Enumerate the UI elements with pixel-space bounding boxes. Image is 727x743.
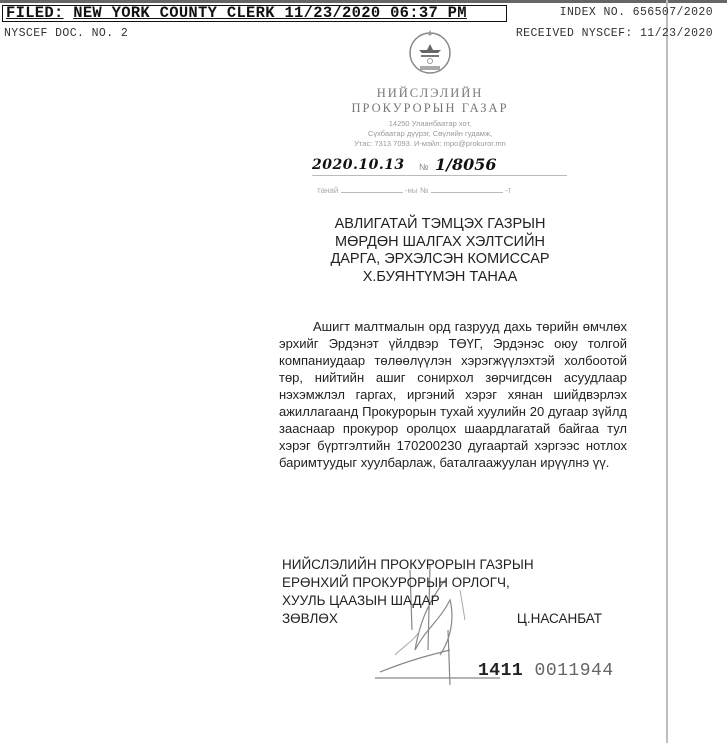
blank-field	[341, 185, 403, 193]
letter-number: 1/8056	[435, 155, 497, 174]
reference-line: 2020.10.13 № 1/8056	[312, 157, 582, 179]
filed-banner: FILED: NEW YORK COUNTY CLERK 11/23/2020 …	[2, 5, 507, 22]
scan-fold-line	[666, 0, 668, 743]
serial-stamp: 1411 0011944	[478, 661, 614, 681]
reference-underline	[312, 175, 567, 176]
letter-date: 2020.10.13	[312, 157, 405, 173]
addressee-line: АВЛИГАТАЙ ТЭМЦЭХ ГАЗРЫН	[295, 216, 585, 234]
filed-text: NEW YORK COUNTY CLERK 11/23/2020 06:37 P…	[73, 4, 467, 22]
page-top-edge	[0, 0, 727, 3]
blank-field	[431, 185, 503, 193]
signer-row: ЗӨВЛӨХ Ц.НАСАНБАТ	[282, 610, 602, 628]
org-name-line: ПРОКУРОРЫН ГАЗАР	[330, 101, 530, 116]
reply-prefix: танай	[317, 186, 338, 195]
signer-title-line: ЗӨВЛӨХ	[282, 610, 338, 628]
signer-title-line: ЕРӨНХИЙ ПРОКУРОРЫН ОРЛОГЧ,	[282, 574, 612, 592]
letter-body: Ашигт малтмалын орд газрууд дахь төрийн …	[279, 318, 627, 471]
address-line: Утас: 7313 7093. И-мэйл: mpo@prokuror.mn	[340, 139, 520, 149]
serial-bold: 1411	[478, 661, 523, 681]
address-line: 14250 Улаанбаатар хот,	[340, 119, 520, 129]
state-emblem-icon	[406, 28, 454, 76]
signer-title-line: НИЙСЛЭЛИЙН ПРОКУРОРЫН ГАЗРЫН	[282, 556, 612, 574]
signature-block: НИЙСЛЭЛИЙН ПРОКУРОРЫН ГАЗРЫН ЕРӨНХИЙ ПРО…	[282, 556, 612, 628]
serial-rest: 0011944	[535, 661, 614, 681]
addressee-line: Х.БУЯНТҮМЭН ТАНАА	[295, 269, 585, 287]
reply-suffix: -т	[505, 186, 511, 195]
addressee-line: ДАРГА, ЭРХЭЛСЭН КОМИССАР	[295, 251, 585, 269]
filed-prefix: FILED:	[6, 4, 64, 22]
addressee-line: МӨРДӨН ШАЛГАХ ХЭЛТСИЙН	[295, 234, 585, 252]
number-sign: №	[419, 162, 429, 172]
nyscef-doc-number: NYSCEF DOC. NO. 2	[4, 27, 128, 40]
signer-title-line: ХУУЛЬ ЦААЗЫН ШАДАР	[282, 592, 612, 610]
organization-address: 14250 Улаанбаатар хот, Сүхбаатар дүүрэг,…	[340, 119, 520, 149]
organization-name: НИЙСЛЭЛИЙН ПРОКУРОРЫН ГАЗАР	[330, 86, 530, 116]
org-name-line: НИЙСЛЭЛИЙН	[330, 86, 530, 101]
body-paragraph: Ашигт малтмалын орд газрууд дахь төрийн …	[279, 319, 627, 470]
signer-name: Ц.НАСАНБАТ	[517, 610, 602, 628]
reply-mid: -ны №	[405, 186, 429, 195]
addressee-block: АВЛИГАТАЙ ТЭМЦЭХ ГАЗРЫН МӨРДӨН ШАЛГАХ ХЭ…	[295, 216, 585, 286]
reply-reference-line: танай -ны № -т	[317, 185, 577, 195]
address-line: Сүхбаатар дүүрэг, Сөүлийн гудамж,	[340, 129, 520, 139]
index-number: INDEX NO. 656507/2020	[560, 6, 713, 19]
received-date: RECEIVED NYSCEF: 11/23/2020	[516, 27, 713, 40]
